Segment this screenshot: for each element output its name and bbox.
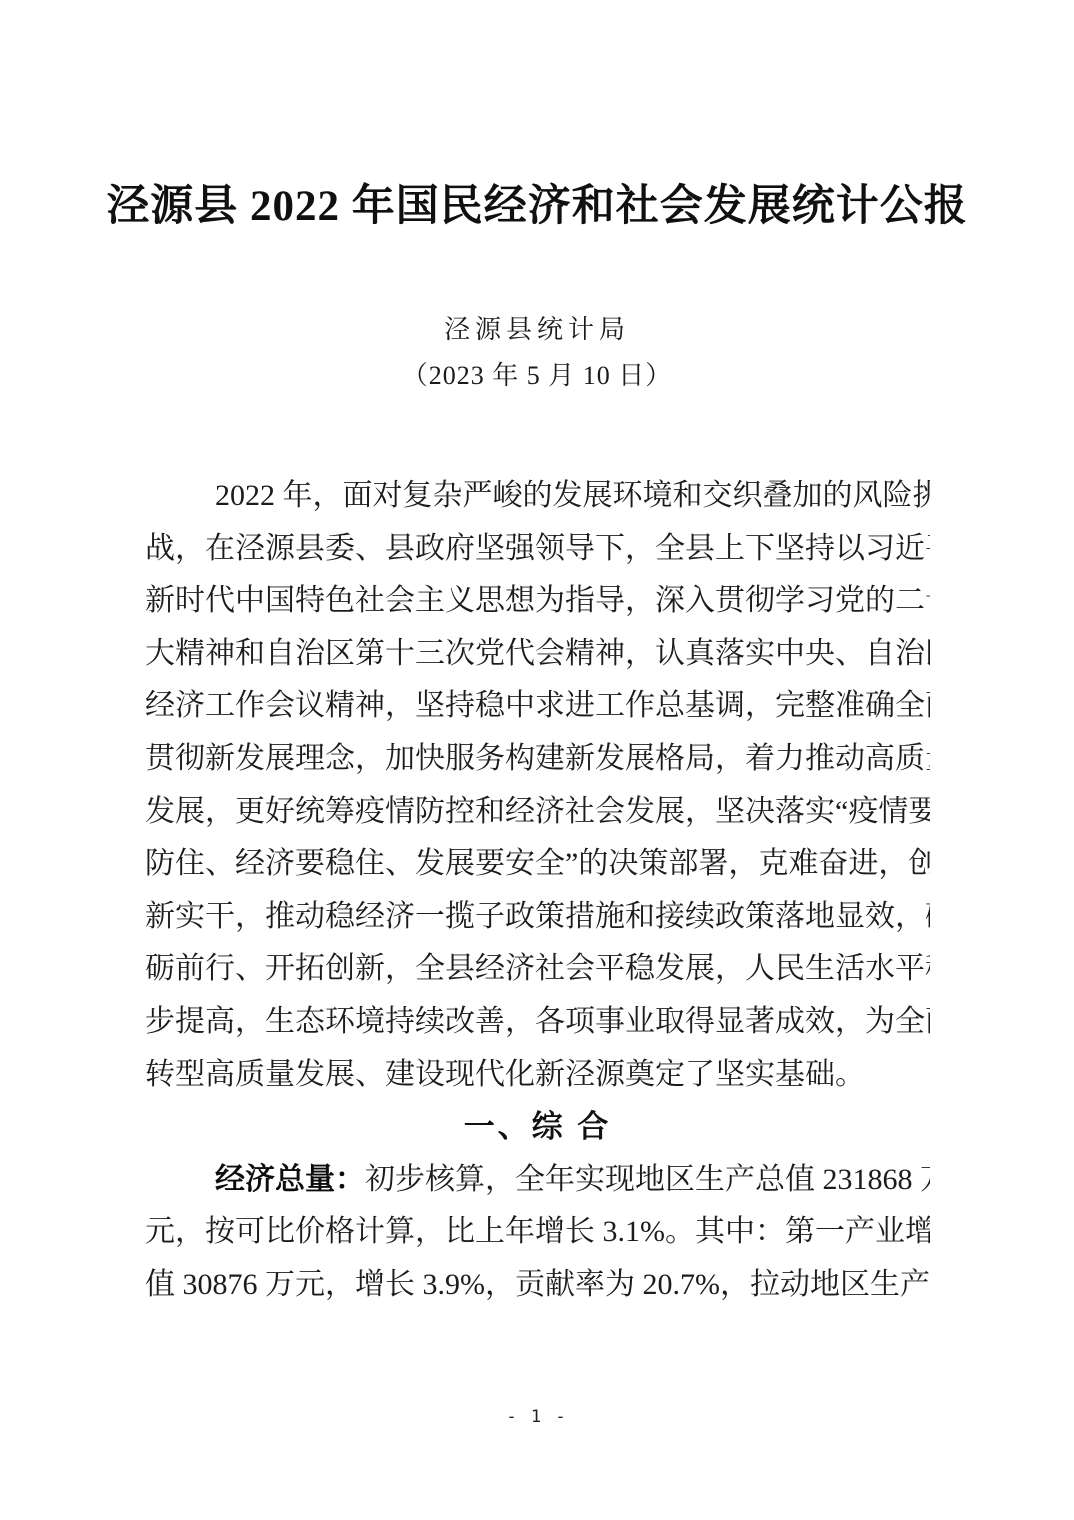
paragraph2-line-1-text: 初步核算，全年实现地区生产总值 231868 万	[365, 1163, 930, 1196]
paragraph2-line-2: 元，按可比价格计算，比上年增长 3.1%。其中：第一产业增加	[145, 1206, 930, 1259]
section-heading-overview: 一、综 合	[145, 1101, 930, 1154]
paragraph1-line-9: 新实干，推动稳经济一揽子政策措施和接续政策落地显效，砥	[145, 891, 930, 944]
paragraph1-line-5: 经济工作会议精神，坚持稳中求进工作总基调，完整准确全面	[145, 680, 930, 733]
document-page: 泾源县 2022 年国民经济和社会发展统计公报 泾源县统计局 （2023 年 5…	[0, 0, 1074, 1520]
paragraph1-line-1: 2022 年，面对复杂严峻的发展环境和交织叠加的风险挑	[145, 470, 930, 523]
paragraph1-line-11: 步提高，生态环境持续改善，各项事业取得显著成效，为全面	[145, 996, 930, 1049]
paragraph1-line-12: 转型高质量发展、建设现代化新泾源奠定了坚实基础。	[145, 1049, 930, 1102]
page-number: - 1 -	[0, 1405, 1074, 1429]
document-body: 2022 年，面对复杂严峻的发展环境和交织叠加的风险挑 战，在泾源县委、县政府坚…	[145, 470, 930, 1312]
issuing-agency: 泾源县统计局	[0, 311, 1074, 348]
paragraph2-line-1: 经济总量：初步核算，全年实现地区生产总值 231868 万	[145, 1154, 930, 1207]
paragraph1-line-3: 新时代中国特色社会主义思想为指导，深入贯彻学习党的二十	[145, 575, 930, 628]
paragraph2-label: 经济总量：	[215, 1163, 365, 1196]
publish-date: （2023 年 5 月 10 日）	[0, 357, 1074, 394]
paragraph1-line-2: 战，在泾源县委、县政府坚强领导下，全县上下坚持以习近平	[145, 523, 930, 576]
paragraph1-line-10: 砺前行、开拓创新，全县经济社会平稳发展，人民生活水平稳	[145, 943, 930, 996]
paragraph1-line-6: 贯彻新发展理念，加快服务构建新发展格局，着力推动高质量	[145, 733, 930, 786]
document-title: 泾源县 2022 年国民经济和社会发展统计公报	[70, 181, 1004, 233]
paragraph1-line-4: 大精神和自治区第十三次党代会精神，认真落实中央、自治区	[145, 628, 930, 681]
paragraph1-line-7: 发展，更好统筹疫情防控和经济社会发展，坚决落实“疫情要	[145, 786, 930, 839]
paragraph1-line-8: 防住、经济要稳住、发展要安全”的决策部署，克难奋进，创	[145, 838, 930, 891]
paragraph2-line-3: 值 30876 万元，增长 3.9%，贡献率为 20.7%，拉动地区生产总	[145, 1259, 930, 1312]
